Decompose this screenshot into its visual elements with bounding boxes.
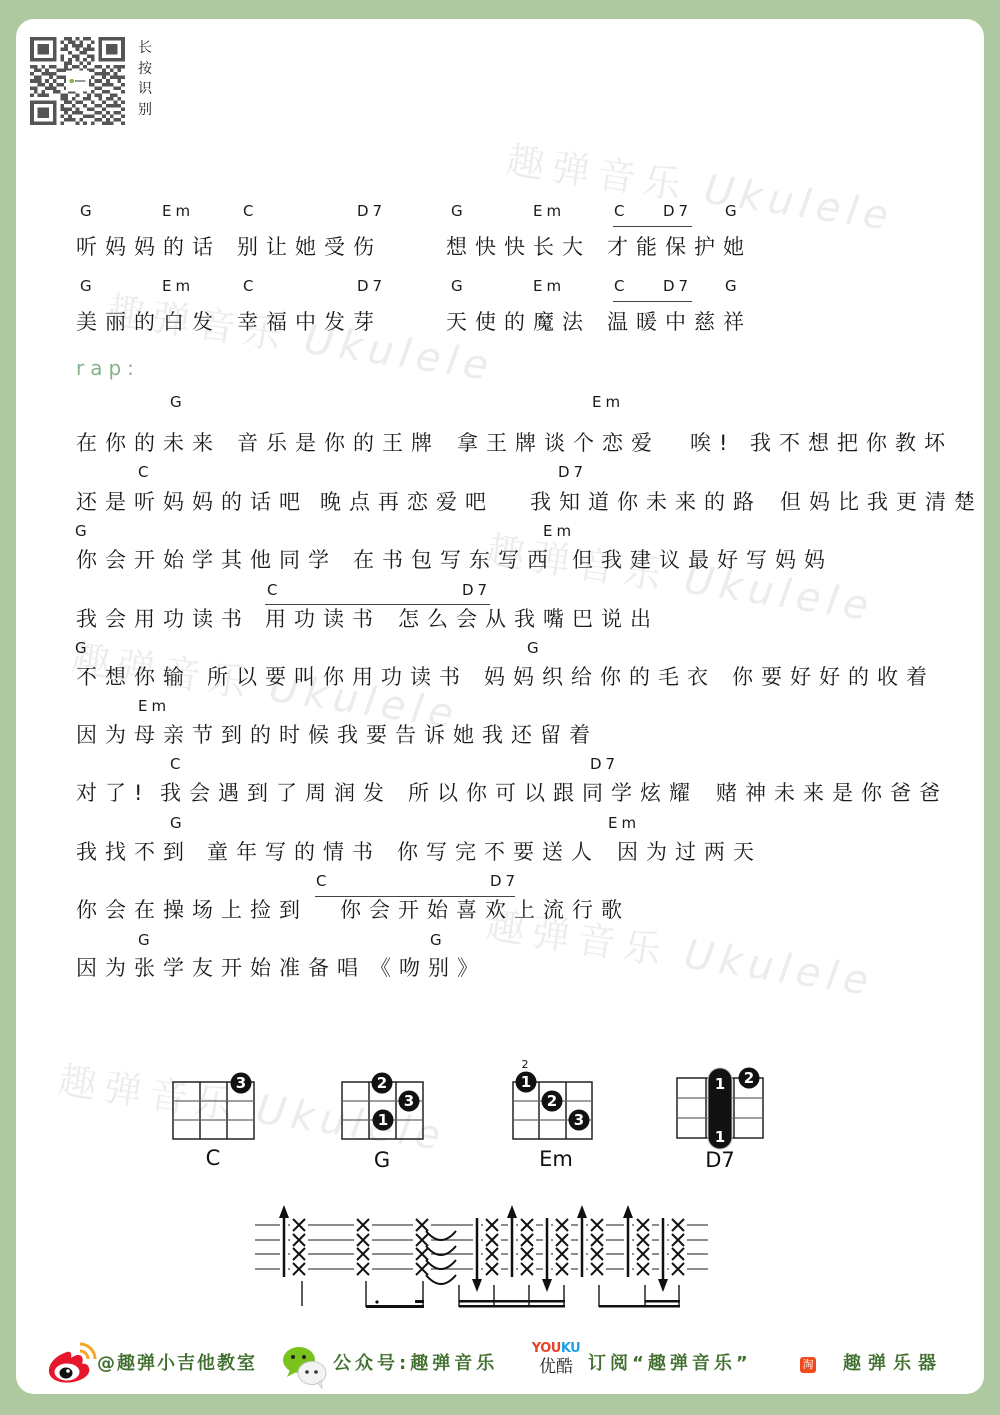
lyric-segment: 晚点再恋爱吧 <box>320 490 494 514</box>
lyric-segment: 在书包写东写西 <box>353 548 556 572</box>
lyric-segment: 不想你输 <box>76 665 192 689</box>
lyric-segment: 但我建议最好写妈妈 <box>572 548 833 572</box>
lyric-segment: 想快快长大 <box>446 235 591 259</box>
chord-label: C <box>614 202 628 220</box>
finger-number: 2 <box>744 1069 754 1087</box>
finger-number: 1 <box>715 1128 725 1146</box>
lyric-segment: 所以你可以跟同学炫耀 <box>408 781 698 805</box>
chord-label: G <box>138 931 154 949</box>
lyric-segment: 我会遇到了周润发 <box>160 781 392 805</box>
lyric-segment: 你会在操场上捡到 <box>76 898 308 922</box>
lyric-segment: 但妈比我更清楚 <box>780 490 983 514</box>
chord-diagram-name: C <box>206 1146 221 1170</box>
finger-number: 2 <box>377 1074 387 1092</box>
youku-subscribe: 订阅“趣弹音乐” <box>588 1352 752 1376</box>
chord-diagram-g: 2 3 1 G <box>342 1073 423 1173</box>
chord-label: C <box>243 202 257 220</box>
chord-label: G <box>451 277 467 295</box>
chord-label: D7 <box>490 872 519 890</box>
wechat-icon <box>282 1343 328 1389</box>
finger-number: 3 <box>404 1092 414 1110</box>
rap-section-label: rap: <box>76 356 140 380</box>
qr-caption: 长 按 识 别 <box>137 38 153 120</box>
lyric-segment: 你会开始喜欢上流行歌 <box>340 898 630 922</box>
chord-diagrams: 3 C 2 3 1 G 2 1 2 3 Em <box>150 1040 800 1180</box>
chord-label: Em <box>533 277 565 295</box>
finger-number: 1 <box>715 1075 725 1093</box>
lyric-segment: 我找不到 <box>76 840 192 864</box>
start-fret-number: 2 <box>522 1058 529 1071</box>
lyric-segment: 听妈妈的话 <box>76 235 221 259</box>
lyric-segment: 美丽的白发 <box>76 310 221 334</box>
chord-label: G <box>75 522 91 540</box>
chord-label: C <box>138 463 152 481</box>
weibo-icon <box>46 1341 98 1385</box>
lyric-segment: 你写完不要送人 <box>397 840 600 864</box>
lyric-segment: 你要好好的收着 <box>732 665 935 689</box>
chord-label: Em <box>608 814 640 832</box>
chord-diagram-name: Em <box>539 1147 573 1171</box>
chord-label: C <box>243 277 257 295</box>
chord-label: Em <box>162 277 194 295</box>
lyric-segment: 唉! <box>690 431 735 455</box>
weibo-account: @趣弹小吉他教室 <box>97 1352 257 1376</box>
chord-label: G <box>170 814 186 832</box>
youku-logo-you: YOU <box>532 1341 561 1356</box>
chord-label: D7 <box>663 202 692 220</box>
chord-label: G <box>451 202 467 220</box>
chord-group-line <box>613 226 692 227</box>
chord-label: G <box>75 639 91 657</box>
chord-label: C <box>614 277 628 295</box>
lyric-segment: 我会用功读书 <box>76 607 250 631</box>
youku-logo-ku: KU <box>561 1341 580 1356</box>
chord-label: C <box>316 872 330 890</box>
lyric-segment: 《吻别》 <box>370 956 486 980</box>
chord-diagram-name: D7 <box>705 1148 735 1172</box>
lyric-segment: 因为张学友开始准备唱 <box>76 956 366 980</box>
chord-diagram-em: 2 1 2 3 Em <box>513 1058 592 1171</box>
qr-caption-char: 识 <box>137 79 153 100</box>
chord-label: D7 <box>590 755 619 773</box>
lyric-segment: 天使的魔法 <box>446 310 591 334</box>
finger-number: 1 <box>378 1111 388 1129</box>
chord-label: D7 <box>462 581 491 599</box>
qr-caption-char: 按 <box>137 59 153 80</box>
chord-group-line <box>613 301 692 302</box>
lyric-segment: 拿王牌谈个恋爱 <box>457 431 660 455</box>
chord-diagram-d7: 1 1 2 D7 <box>677 1068 763 1173</box>
chord-label: C <box>267 581 281 599</box>
lyric-segment: 在你的未来 <box>76 431 221 455</box>
lyric-segment: 别让她受伤 <box>237 235 382 259</box>
lyric-segment: 怎么会从我嘴巴说出 <box>398 607 659 631</box>
chord-label: Em <box>533 202 565 220</box>
chord-label: G <box>80 277 96 295</box>
chord-label: C <box>170 755 184 773</box>
lyric-segment: 我不想把你教坏 <box>750 431 953 455</box>
chord-label: D7 <box>357 277 386 295</box>
chord-group-line <box>315 896 515 897</box>
lyric-segment: 童年写的情书 <box>207 840 381 864</box>
lyric-segment: 因为过两天 <box>617 840 762 864</box>
taobao-shop: 趣弹乐器 <box>843 1352 943 1376</box>
chord-label: Em <box>543 522 575 540</box>
qr-code <box>30 37 125 125</box>
chord-label: D7 <box>663 277 692 295</box>
finger-number: 3 <box>236 1074 246 1092</box>
lyric-segment: 温暖中慈祥 <box>607 310 752 334</box>
lyric-segment: 因为母亲节到的时候我要告诉她我还留着 <box>76 723 598 747</box>
finger-number: 1 <box>521 1073 531 1091</box>
chord-label: G <box>527 639 543 657</box>
rhythm-stems <box>302 1281 679 1307</box>
lyric-segment: 用功读书 <box>265 607 381 631</box>
lyric-segment: 赌神未来是你爸爸 <box>716 781 948 805</box>
wechat-account: 公众号:趣弹音乐 <box>333 1352 498 1376</box>
chord-label: G <box>725 202 741 220</box>
finger-number: 2 <box>547 1092 557 1110</box>
lyric-segment: 所以要叫你用功读书 <box>207 665 468 689</box>
strum-pattern <box>240 1195 720 1315</box>
lyric-segment: 幸福中发芽 <box>237 310 382 334</box>
lyric-segment: 音乐是你的王牌 <box>237 431 440 455</box>
chord-group-line <box>265 604 490 605</box>
qr-caption-char: 别 <box>137 100 153 121</box>
chord-label: Em <box>162 202 194 220</box>
lyric-segment: 还是听妈妈的话吧 <box>76 490 308 514</box>
lyric-segment: 你会开始学其他同学 <box>76 548 337 572</box>
chord-label: Em <box>592 393 624 411</box>
chord-label: Em <box>138 697 170 715</box>
chord-diagram-c: 3 C <box>173 1073 254 1171</box>
finger-number: 3 <box>574 1111 584 1129</box>
chord-diagram-name: G <box>374 1148 390 1172</box>
chord-label: G <box>170 393 186 411</box>
taobao-icon: 淘 <box>800 1357 816 1373</box>
chord-label: G <box>80 202 96 220</box>
youku-logo: YOUKU 优酷 <box>531 1342 581 1378</box>
chord-label: D7 <box>357 202 386 220</box>
youku-logo-cn: 优酷 <box>531 1356 581 1378</box>
chord-label: G <box>725 277 741 295</box>
chord-label: G <box>430 931 446 949</box>
qr-caption-char: 长 <box>137 38 153 59</box>
lyric-segment: 我知道你未来的路 <box>530 490 762 514</box>
chord-label: D7 <box>558 463 587 481</box>
lyric-segment: 妈妈织给你的毛衣 <box>484 665 716 689</box>
rhythm-beams <box>366 1300 680 1308</box>
lyric-segment: 对了! <box>76 781 150 805</box>
lyric-segment: 才能保护她 <box>607 235 752 259</box>
